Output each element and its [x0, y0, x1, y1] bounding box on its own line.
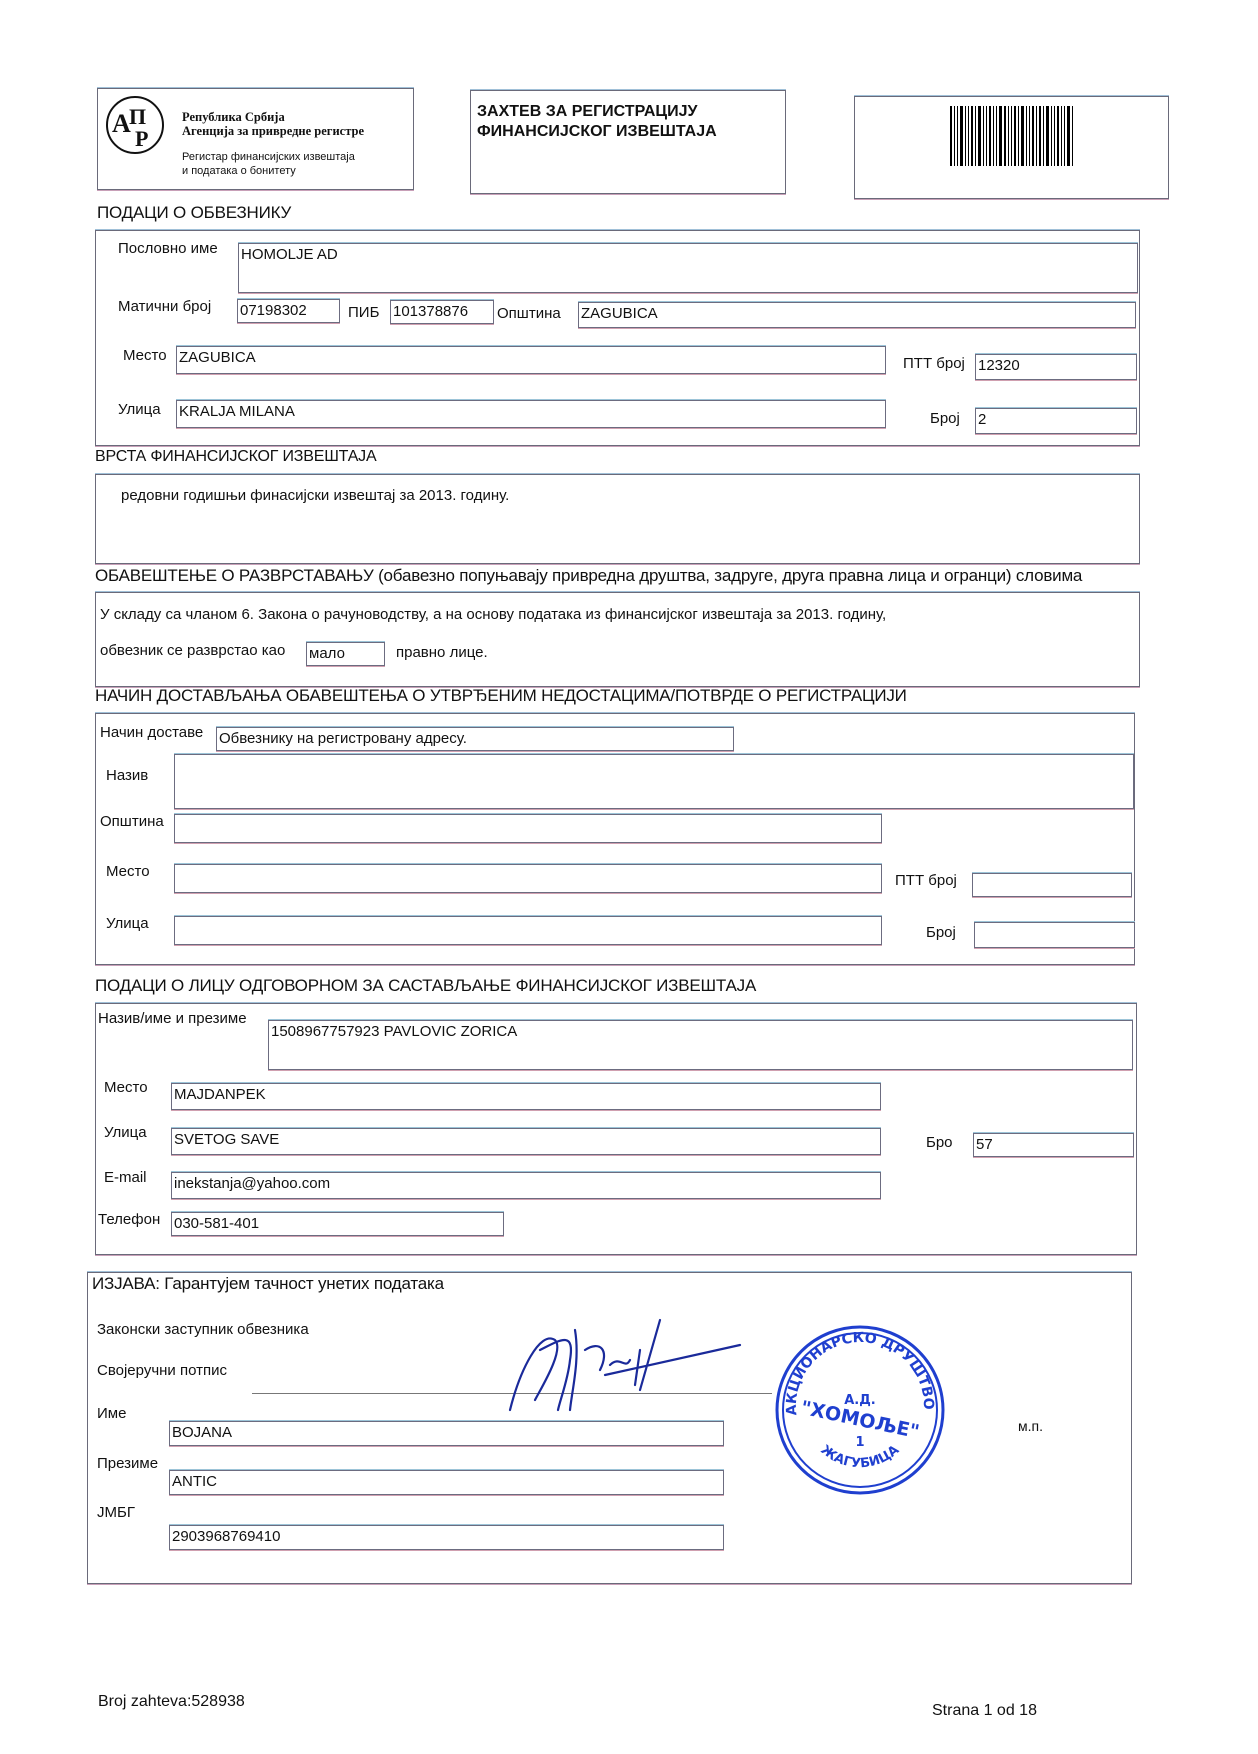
section-title-razvrstavanje: ОБАВЕШТЕЊЕ О РАЗВРСТАВАЊУ (обавезно попу…	[95, 566, 1082, 586]
razvrstavanje-suffix: правно лице.	[396, 644, 488, 661]
page-number: Strana 1 od 18	[932, 1702, 1037, 1720]
section-title-izjava: ИЗЈАВА: Гарантујем тачност унетих подата…	[92, 1274, 444, 1294]
pib-field[interactable]: 101378876	[390, 300, 494, 324]
odg-mesto-field[interactable]: MAJDANPEK	[171, 1083, 881, 1110]
apr-logo-icon: А П Р	[104, 94, 166, 156]
opstina-field[interactable]: ZAGUBICA	[578, 302, 1136, 328]
section-title-obveznik: ПОДАЦИ О ОБВЕЗНИКУ	[97, 203, 291, 223]
label-poslovno-ime: Пословно име	[118, 240, 218, 257]
label-dostava-mesto: Место	[106, 863, 150, 880]
mesto-field[interactable]: ZAGUBICA	[176, 346, 886, 374]
label-ulica: Улица	[118, 401, 161, 418]
svg-text:Р: Р	[135, 126, 148, 151]
label-zastupnik: Законски заступник обвезника	[97, 1321, 309, 1338]
label-opstina: Општина	[497, 305, 561, 322]
logo-registry-2: и података о бонитету	[182, 164, 296, 178]
dostava-opstina-field[interactable]	[174, 814, 882, 843]
label-dostava-broj: Број	[926, 924, 956, 941]
section-title-vrsta: ВРСТА ФИНАНСИЈСКОГ ИЗВЕШТАЈА	[95, 448, 376, 466]
dostava-mesto-field[interactable]	[174, 864, 882, 893]
label-odg-ulica: Улица	[104, 1124, 147, 1141]
barcode-icon	[950, 106, 1075, 166]
label-dostava-ulica: Улица	[106, 915, 149, 932]
razvrstavanje-line1: У складу са чланом 6. Закона о рачуновод…	[100, 606, 886, 623]
logo-agency: Агенција за привредне регистре	[182, 124, 364, 138]
maticni-broj-field[interactable]: 07198302	[237, 299, 340, 323]
ulica-field[interactable]: KRALJA MILANA	[176, 400, 886, 428]
label-dostava-opstina: Општина	[100, 813, 164, 830]
svg-text:1: 1	[855, 1435, 864, 1450]
form-title-2: ФИНАНСИЈСКОГ ИЗВЕШТАЈА	[477, 122, 717, 142]
section-title-odgovorno-lice: ПОДАЦИ О ЛИЦУ ОДГОВОРНОМ ЗА САСТАВЉАЊЕ Ф…	[95, 976, 756, 996]
vrsta-text: редовни годишњи финасијски извештај за 2…	[121, 487, 509, 504]
dostava-broj-field[interactable]	[974, 922, 1135, 948]
broj-field[interactable]: 2	[975, 408, 1137, 434]
section-title-dostava: НАЧИН ДОСТАВЉАЊА ОБАВЕШТЕЊА О УТВРЂЕНИМ …	[95, 686, 907, 706]
label-odg-email: E-mail	[104, 1169, 147, 1186]
razvrstavanje-prefix: обвезник се разврстао као	[100, 642, 285, 659]
jmbg-field[interactable]: 2903968769410	[169, 1525, 724, 1550]
odg-email-field[interactable]: inekstanja@yahoo.com	[171, 1172, 881, 1199]
company-stamp-icon: АКЦИОНАРСКО ДРУШТВО А.Д. "ХОМОЉЕ" 1 ЖАГУ…	[772, 1322, 948, 1498]
odg-ulica-field[interactable]: SVETOG SAVE	[171, 1128, 881, 1155]
label-mesto: Место	[123, 347, 167, 364]
label-jmbg: ЈМБГ	[97, 1504, 135, 1521]
label-nacin-dostave: Начин доставе	[100, 724, 203, 741]
odg-telefon-field[interactable]: 030-581-401	[171, 1212, 504, 1236]
odg-broj-field[interactable]: 57	[973, 1133, 1134, 1157]
label-prezime: Презиме	[97, 1455, 158, 1472]
dostava-ulica-field[interactable]	[174, 916, 882, 945]
label-mp: м.п.	[1018, 1418, 1043, 1434]
dostava-naziv-field[interactable]	[174, 754, 1134, 809]
signature-icon	[500, 1310, 750, 1420]
ptt-field[interactable]: 12320	[975, 354, 1137, 380]
logo-registry: Регистар финансијских извештаја	[182, 150, 355, 164]
label-ptt: ПТТ број	[903, 355, 965, 372]
odg-naziv-field[interactable]: 1508967757923 PAVLOVIC ZORICA	[268, 1020, 1133, 1070]
label-naziv: Назив	[106, 767, 148, 784]
label-odg-broj: Бро	[926, 1134, 953, 1151]
logo-republic: Република Србија	[182, 110, 285, 124]
label-odg-mesto: Место	[104, 1079, 148, 1096]
label-potpis: Својеручни потпис	[97, 1362, 227, 1379]
nacin-dostave-field[interactable]: Обвезнику на регистровану адресу.	[216, 727, 734, 751]
prezime-field[interactable]: ANTIC	[169, 1470, 724, 1495]
label-pib: ПИБ	[348, 304, 379, 321]
label-odg-telefon: Телефон	[98, 1211, 160, 1228]
label-dostava-ptt: ПТТ број	[895, 872, 957, 889]
ime-field[interactable]: BOJANA	[169, 1421, 724, 1446]
label-broj: Број	[930, 410, 960, 427]
request-number: Broj zahteva:528938	[98, 1693, 245, 1711]
form-title-1: ЗАХТЕВ ЗА РЕГИСТРАЦИЈУ	[477, 102, 697, 122]
label-maticni-broj: Матични број	[118, 298, 211, 315]
size-class-field[interactable]: мало	[306, 642, 385, 666]
poslovno-ime-field[interactable]: HOMOLJE AD	[238, 243, 1138, 293]
label-ime: Име	[97, 1405, 126, 1422]
dostava-ptt-field[interactable]	[972, 873, 1132, 897]
label-odg-naziv: Назив/име и презиме	[98, 1010, 247, 1027]
